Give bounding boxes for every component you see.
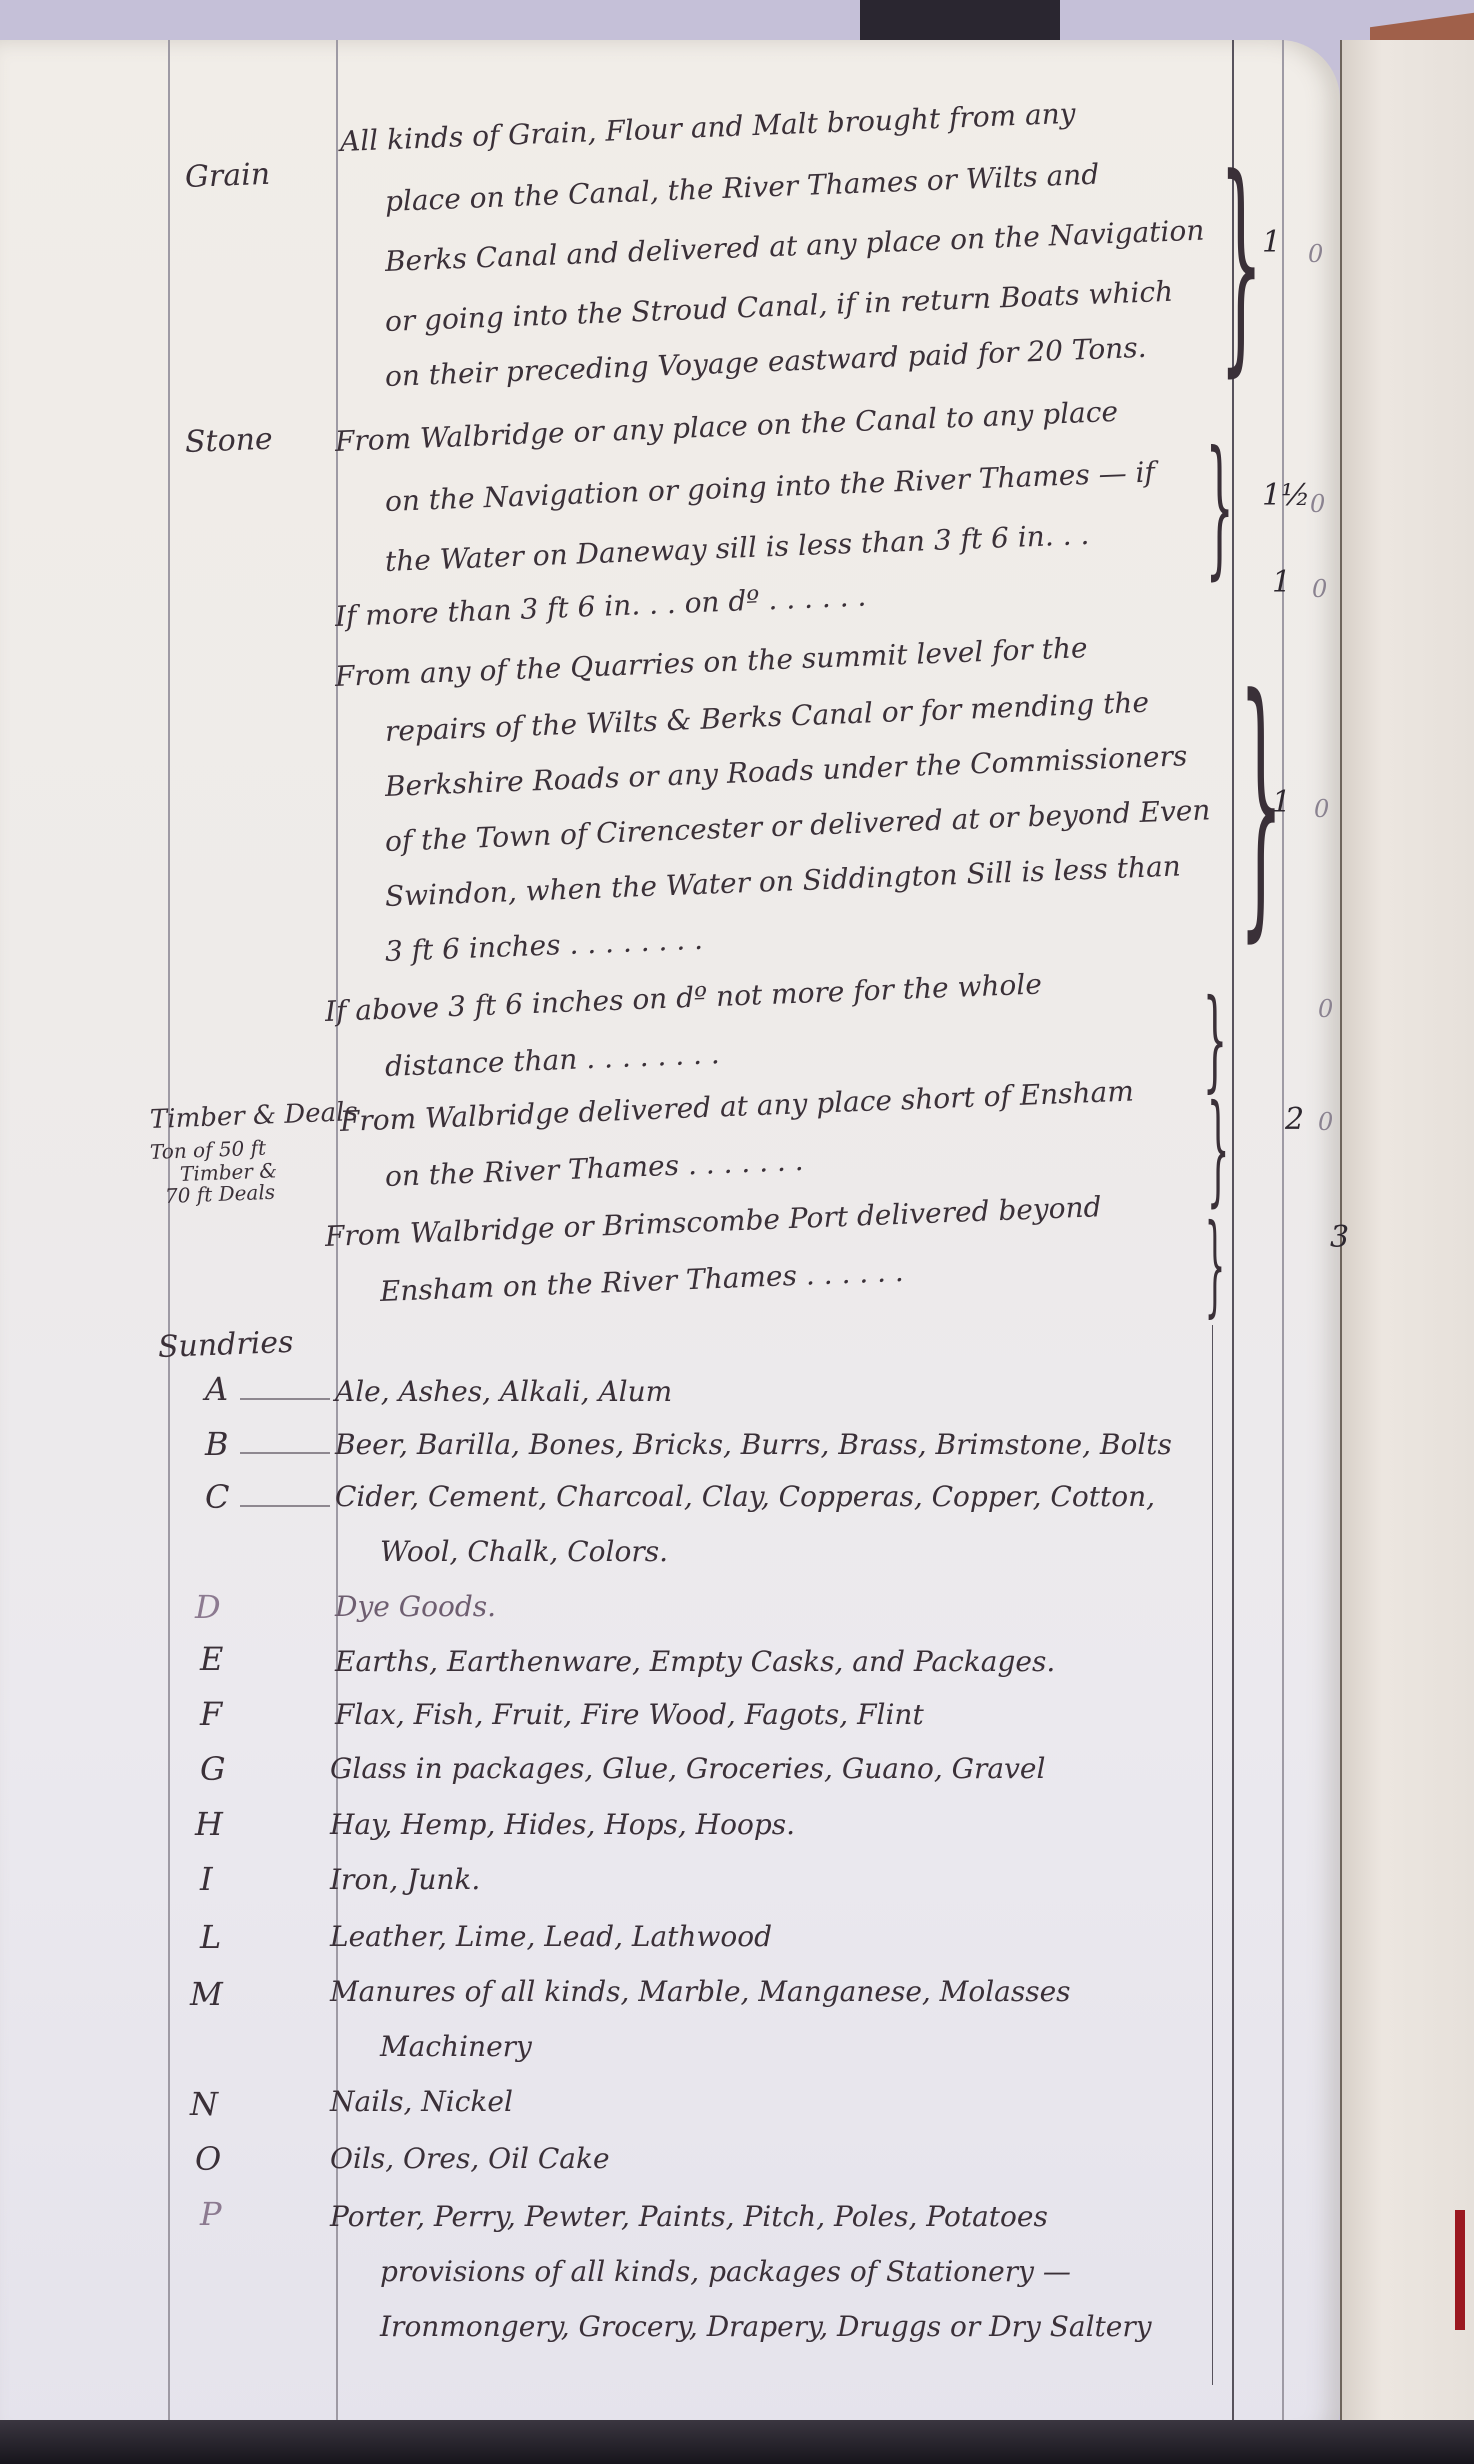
bookmark-ribbon — [1455, 2210, 1465, 2330]
grain-line-2: place on the Canal, the River Thames or … — [384, 158, 1099, 218]
sundries-m-line-1: Manures of all kinds, Marble, Manganese,… — [330, 1975, 1071, 2008]
leader-line — [240, 1398, 330, 1400]
timber-1-line-2: on the River Thames . . . . . . . — [384, 1144, 804, 1193]
sundries-letter-f: F — [200, 1695, 222, 1733]
stone-3-line-2: repairs of the Wilts & Berks Canal or fo… — [384, 686, 1149, 748]
sundries-letter-g: G — [200, 1750, 226, 1788]
sundries-p-line-2: provisions of all kinds, packages of Sta… — [380, 2255, 1071, 2288]
sundries-c-line-2: Wool, Chalk, Colors. — [380, 1535, 668, 1568]
sundries-d-line-1: Dye Goods. — [335, 1590, 496, 1623]
grain-rate-shillings: 1 — [1262, 225, 1281, 260]
grain-line-3: Berks Canal and delivered at any place o… — [384, 214, 1205, 278]
leader-line — [240, 1505, 330, 1507]
sundries-letter-n: N — [190, 2085, 218, 2123]
column-rule-rate — [1232, 40, 1234, 2440]
sundries-letter-e: E — [200, 1640, 223, 1678]
timber-note-3: 70 ft Deals — [165, 1180, 276, 1208]
stone-4-line-2: distance than . . . . . . . . — [384, 1037, 720, 1083]
stone-3-line-3: Berkshire Roads or any Roads under the C… — [384, 739, 1187, 803]
sundries-o-line-1: Oils, Ores, Oil Cake — [330, 2142, 610, 2175]
timber-1-rate-pence: 0 — [1318, 1108, 1333, 1136]
category-grain: Grain — [184, 157, 270, 195]
sundries-letter-m: M — [190, 1975, 223, 2013]
timber-2-bracket: } — [1205, 1200, 1226, 1328]
sundries-f-line-1: Flax, Fish, Fruit, Fire Wood, Fagots, Fl… — [335, 1698, 924, 1731]
stone-2-rate-shillings: 1 — [1272, 565, 1291, 600]
grain-bracket: } — [1219, 130, 1263, 397]
timber-1-line-1: From Walbridge delivered at any place sh… — [339, 1075, 1134, 1138]
stone-1-rate-pence: 0 — [1310, 490, 1325, 518]
sundries-letter-o: O — [195, 2140, 221, 2178]
sundries-h-line-1: Hay, Hemp, Hides, Hops, Hoops. — [330, 1808, 795, 1841]
timber-1-bracket: } — [1207, 1080, 1230, 1219]
stone-3-line-4: of the Town of Cirencester or delivered … — [384, 793, 1211, 858]
sundries-letter-l: L — [200, 1918, 221, 1956]
category-timber: Timber & Deals — [149, 1097, 358, 1135]
stone-3-line-1: From any of the Quarries on the summit l… — [334, 631, 1088, 693]
category-sundries: Sundries — [157, 1325, 294, 1365]
grain-line-4: or going into the Stroud Canal, if in re… — [384, 275, 1173, 338]
table-surface — [0, 2420, 1474, 2464]
sundries-letter-d: D — [195, 1588, 221, 1626]
sundries-letter-i: I — [200, 1860, 213, 1898]
timber-2-line-2: Ensham on the River Thames . . . . . . — [379, 1255, 904, 1308]
sundries-letter-c: C — [205, 1478, 229, 1516]
timber-2-rate-shillings: 3 — [1330, 1220, 1349, 1255]
column-rule-category — [168, 40, 170, 2440]
facing-page — [1340, 40, 1474, 2420]
sundries-letter-h: H — [195, 1805, 223, 1843]
sundries-p-line-3: Ironmongery, Grocery, Drapery, Druggs or… — [380, 2310, 1152, 2343]
sundries-e-line-1: Earths, Earthenware, Empty Casks, and Pa… — [335, 1645, 1055, 1678]
stone-4-rate-pence: 0 — [1318, 995, 1333, 1023]
stone-3-rate-pence: 0 — [1314, 795, 1329, 823]
grain-line-1: All kinds of Grain, Flour and Malt broug… — [339, 97, 1076, 158]
grain-line-5: on their preceding Voyage eastward paid … — [384, 331, 1147, 393]
stone-4-line-1: If above 3 ft 6 inches on dº not more fo… — [324, 967, 1042, 1028]
sundries-a-line-1: Ale, Ashes, Alkali, Alum — [335, 1375, 672, 1408]
stone-1-bracket: } — [1205, 420, 1234, 594]
ledger-page: Grain All kinds of Grain, Flour and Malt… — [0, 40, 1340, 2440]
leader-line — [240, 1452, 330, 1454]
stone-3-line-5: Swindon, when the Water on Siddington Si… — [384, 849, 1181, 913]
category-stone: Stone — [184, 422, 273, 460]
sundries-letter-a: A — [205, 1370, 228, 1408]
stone-2-line-1: If more than 3 ft 6 in. . . on dº . . . … — [334, 580, 866, 633]
sundries-m-line-2: Machinery — [380, 2030, 532, 2063]
timber-2-line-1: From Walbridge or Brimscombe Port delive… — [324, 1190, 1102, 1253]
sundries-n-line-1: Nails, Nickel — [330, 2085, 513, 2118]
sundries-g-line-1: Glass in packages, Glue, Groceries, Guan… — [330, 1752, 1045, 1785]
sundries-p-line-1: Porter, Perry, Pewter, Paints, Pitch, Po… — [330, 2200, 1048, 2233]
stone-3-rate-shillings: 1 — [1272, 785, 1291, 820]
sundries-i-line-1: Iron, Junk. — [330, 1863, 480, 1896]
column-rule-pence — [1282, 40, 1284, 2440]
stone-1-line-1: From Walbridge or any place on the Canal… — [334, 395, 1118, 458]
sundries-l-line-1: Leather, Lime, Lead, Lathwood — [330, 1920, 772, 1953]
stone-3-line-6: 3 ft 6 inches . . . . . . . . — [384, 923, 703, 968]
sundries-letter-b: B — [205, 1425, 229, 1463]
stone-1-line-3: the Water on Daneway sill is less than 3… — [384, 518, 1089, 578]
sundries-letter-p: P — [200, 2195, 222, 2233]
stone-2-rate-pence: 0 — [1312, 575, 1327, 603]
background-shadow — [860, 0, 1060, 40]
stone-1-line-2: on the Navigation or going into the Rive… — [384, 455, 1155, 518]
grain-rate-pence: 0 — [1308, 240, 1323, 268]
sundries-bracket-rule — [1212, 1325, 1213, 2385]
sundries-c-line-1: Cider, Cement, Charcoal, Clay, Copperas,… — [335, 1480, 1155, 1513]
stone-1-rate-shillings: 1½ — [1262, 478, 1310, 513]
timber-1-rate-shillings: 2 — [1285, 1102, 1304, 1137]
sundries-b-line-1: Beer, Barilla, Bones, Bricks, Burrs, Bra… — [335, 1428, 1172, 1461]
